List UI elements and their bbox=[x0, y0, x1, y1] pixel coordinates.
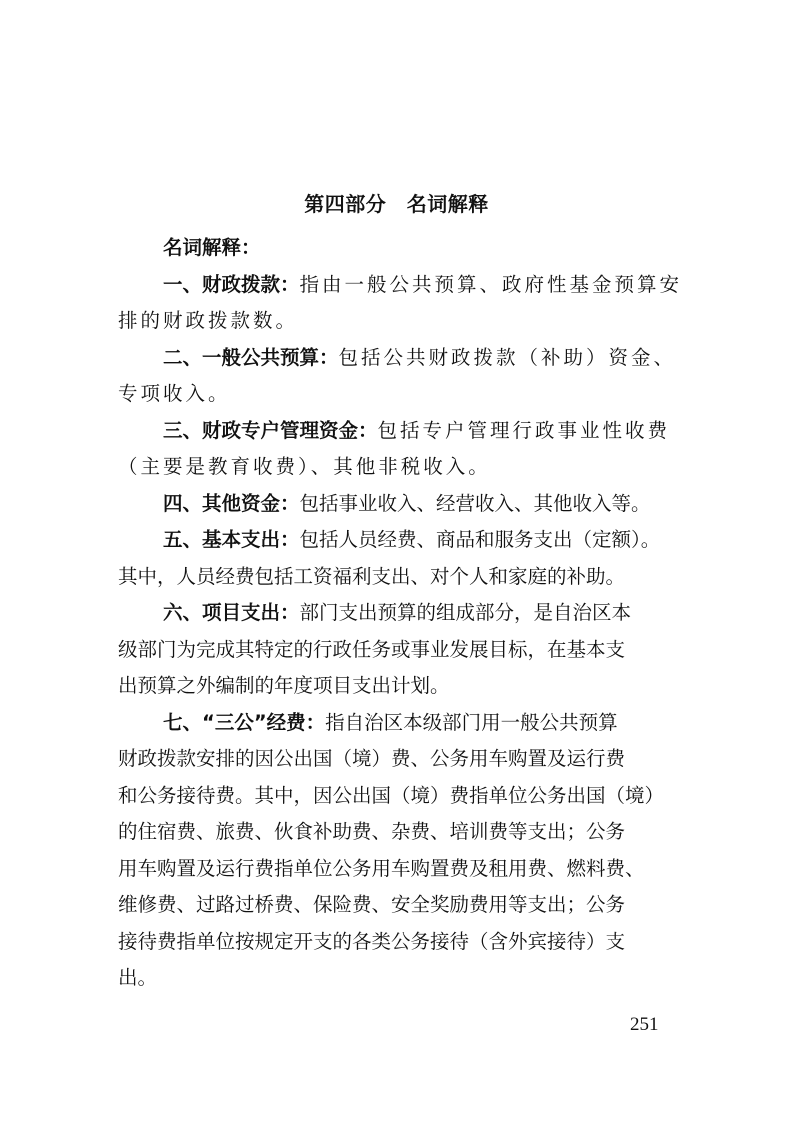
entry-term: 二、一般公共预算： bbox=[163, 346, 339, 369]
entry-term: 四、其他资金： bbox=[163, 492, 300, 515]
glossary-intro: 名词解释： bbox=[118, 230, 684, 267]
entry-term: 六、项目支出： bbox=[163, 601, 300, 624]
glossary-content: 名词解释： 一、财政拨款：指由一般公共预算、政府性基金预算安 排的财政拨款数。 … bbox=[118, 230, 684, 997]
entry-definition-continued: 接待费指单位按规定开支的各类公务接待（含外宾接待）支 bbox=[118, 924, 684, 961]
entry-definition-continued: 财政拨款安排的因公出国（境）费、公务用车购置及运行费 bbox=[118, 741, 684, 778]
entry-definition: 包括公共财政拨款（补助）资金、 bbox=[339, 346, 677, 369]
glossary-entry-6: 六、项目支出：部门支出预算的组成部分，是自治区本 bbox=[118, 595, 684, 632]
entry-definition: 指由一般公共预算、政府性基金预算安 bbox=[300, 273, 683, 296]
entry-definition-continued: 出预算之外编制的年度项目支出计划。 bbox=[118, 668, 684, 705]
entry-definition: 包括人员经费、商品和服务支出（定额）。 bbox=[300, 528, 661, 551]
glossary-entry-5: 五、基本支出：包括人员经费、商品和服务支出（定额）。 bbox=[118, 522, 684, 559]
entry-definition-continued: 和公务接待费。其中，因公出国（境）费指单位公务出国（境） bbox=[118, 778, 684, 815]
glossary-entry-4: 四、其他资金：包括事业收入、经营收入、其他收入等。 bbox=[118, 486, 684, 523]
glossary-entry-2: 二、一般公共预算：包括公共财政拨款（补助）资金、 bbox=[118, 340, 684, 377]
glossary-entry-1: 一、财政拨款：指由一般公共预算、政府性基金预算安 bbox=[118, 267, 684, 304]
page-number: 251 bbox=[630, 1014, 659, 1036]
entry-definition-continued: 级部门为完成其特定的行政任务或事业发展目标，在基本支 bbox=[118, 632, 684, 669]
glossary-entry-7: 七、“三公”经费：指自治区本级部门用一般公共预算 bbox=[118, 705, 684, 742]
entry-definition-continued: （主要是教育收费）、其他非税收入。 bbox=[118, 449, 684, 486]
entry-term: 七、“三公”经费： bbox=[163, 711, 325, 734]
entry-definition-continued: 的住宿费、旅费、伙食补助费、杂费、培训费等支出；公务 bbox=[118, 814, 684, 851]
entry-definition-continued: 其中，人员经费包括工资福利支出、对个人和家庭的补助。 bbox=[118, 559, 684, 596]
entry-term: 一、财政拨款： bbox=[163, 273, 300, 296]
entry-definition-continued: 排的财政拨款数。 bbox=[118, 303, 684, 340]
entry-definition-continued: 专项收入。 bbox=[118, 376, 684, 413]
entry-term: 五、基本支出： bbox=[163, 528, 300, 551]
entry-definition: 部门支出预算的组成部分，是自治区本 bbox=[300, 601, 632, 624]
entry-definition: 包括专户管理行政事业性收费 bbox=[378, 419, 671, 442]
entry-definition-continued: 出。 bbox=[118, 960, 684, 997]
glossary-entry-3: 三、财政专户管理资金：包括专户管理行政事业性收费 bbox=[118, 413, 684, 450]
page-title: 第四部分 名词解释 bbox=[0, 188, 793, 217]
entry-term: 三、财政专户管理资金： bbox=[163, 419, 378, 442]
entry-definition: 指自治区本级部门用一般公共预算 bbox=[325, 711, 618, 734]
entry-definition: 包括事业收入、经营收入、其他收入等。 bbox=[300, 492, 651, 515]
entry-definition-continued: 用车购置及运行费指单位公务用车购置费及租用费、燃料费、 bbox=[118, 851, 684, 888]
entry-definition-continued: 维修费、过路过桥费、保险费、安全奖励费用等支出；公务 bbox=[118, 887, 684, 924]
